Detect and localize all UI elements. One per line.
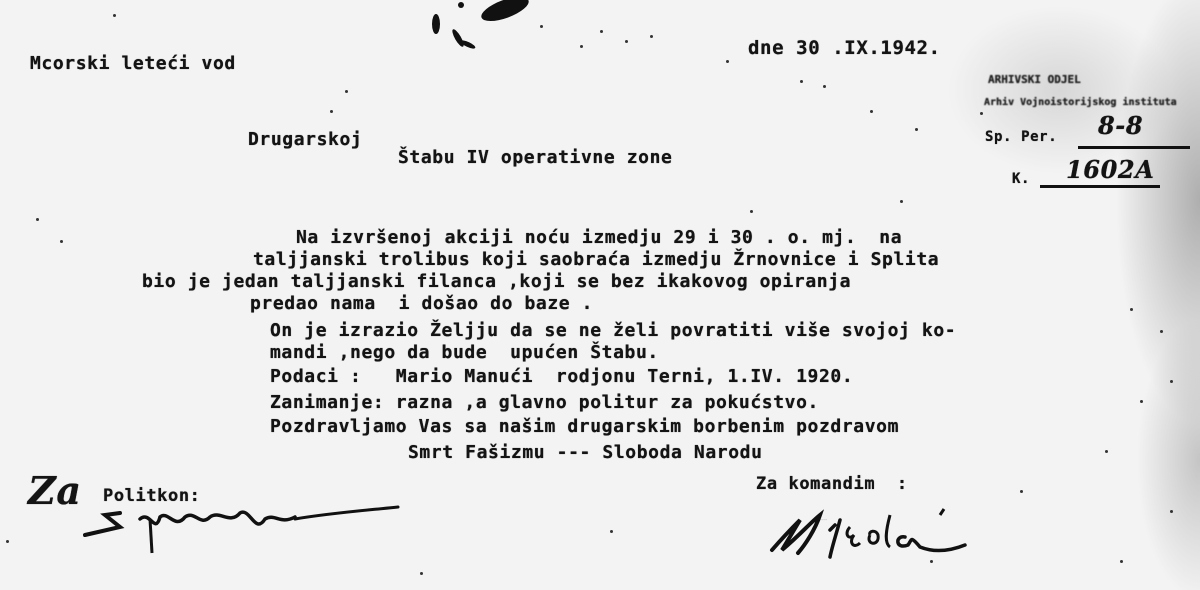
body-line: Na izvršenoj akciji noću izmedju 29 i 30… <box>296 229 902 247</box>
commander-signature-name: Nikola <box>820 520 827 521</box>
handwritten-za: Za <box>28 472 82 510</box>
politkon-signature <box>80 505 400 565</box>
body-line: Zanimanje: razna ,a glavno politur za po… <box>270 394 819 412</box>
commander-label: Za komandim : <box>756 476 908 493</box>
body-line: mandi ,nego da bude upućen Štabu. <box>270 344 659 362</box>
commander-signature <box>770 505 990 565</box>
stamp-line-2: Arhiv Vojnoistorijskog instituta <box>984 98 1177 108</box>
body-line: predao nama i došao do baze . <box>250 295 593 313</box>
recipient-line-1: Drugarskoj <box>248 131 362 149</box>
stamp-reg-underline <box>1078 146 1190 149</box>
stamp-reg-label: Sp. Per. <box>985 130 1057 144</box>
sender-unit: Mcorski leteći vod <box>30 55 236 73</box>
stamp-reg-value: 8-8 <box>1098 114 1143 138</box>
stamp-num-value: 1602A <box>1066 158 1154 182</box>
politkon-label: Politkon: <box>103 488 201 505</box>
body-line: taljjanski trolibus koji saobraća izmedj… <box>253 251 939 269</box>
stamp-num-underline <box>1040 185 1160 188</box>
stamp-num-label: K. <box>1012 172 1030 186</box>
body-line: bio je jedan taljjanski filanca ,koji se… <box>142 273 851 291</box>
body-line: Pozdravljamo Vas sa našim drugarskim bor… <box>270 418 899 436</box>
document-date: dne 30 .IX.1942. <box>748 39 941 58</box>
stamp-line-1: ARHIVSKI ODJEL <box>988 74 1081 85</box>
body-line: Podaci : Mario Manući rodjonu Terni, 1.I… <box>270 368 853 386</box>
politkon-signature-name: Spemadro <box>160 500 170 501</box>
body-line: On je izrazio Željju da se ne želi povra… <box>270 322 956 340</box>
recipient-line-2: Štabu IV operativne zone <box>398 149 673 167</box>
closing-slogan: Smrt Fašizmu --- Sloboda Narodu <box>408 444 763 462</box>
scanned-document-page: Mcorski leteći vod dne 30 .IX.1942. ARHI… <box>0 0 1200 590</box>
